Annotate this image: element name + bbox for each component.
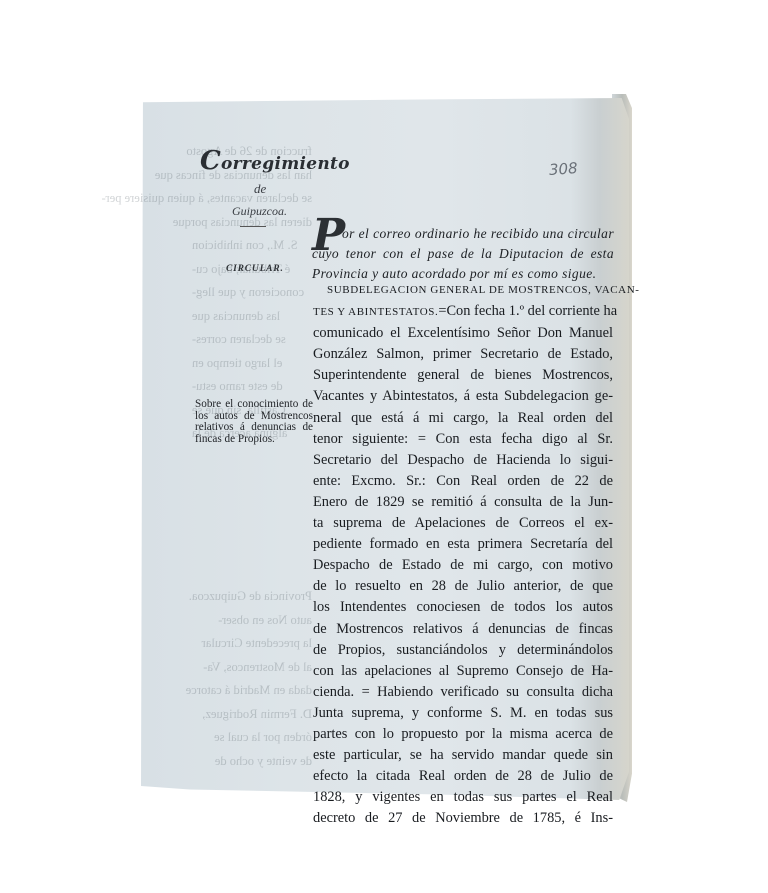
body-line: Superintendente general de bienes Mostre…: [313, 365, 613, 386]
heading-rule: [240, 226, 266, 227]
bleed-line: S. M., con inhibicion: [192, 234, 312, 258]
heading-rest: orregimiento: [221, 154, 350, 174]
bleed-line: de este ramo estu-: [192, 375, 312, 399]
body-line: Junta suprema, y conforme S. M. en todas…: [313, 703, 613, 724]
intro-paragraph: or el correo ordinario he recibido una c…: [342, 224, 614, 284]
bleed-line: Provincia de Guipuzcoa.: [182, 585, 312, 609]
body-line: TES Y ABINTESTATOS.=Con fecha 1.º del co…: [313, 301, 613, 323]
margin-note-text: Sobre el conocimiento de los autos de Mo…: [195, 398, 313, 445]
body-line: Secretario del Despacho de Hacienda lo s…: [313, 450, 613, 471]
smallcaps-run: TES Y ABINTESTATOS.: [313, 306, 438, 318]
handwritten-folio-number: 308: [548, 159, 578, 179]
body-line: de Mostrencos relativos á denuncias de f…: [313, 619, 613, 640]
body-line: tenor siguiente: = Con esta fecha digo a…: [313, 429, 613, 450]
heading-initial: C: [200, 146, 221, 176]
body-line-smallcaps: SUBDELEGACION GENERAL DE MOSTRENCOS, VAC…: [313, 280, 613, 301]
body-line: comunicado el Excelentísimo Señor Don Ma…: [313, 323, 613, 344]
bleed-line: D. Fermin Rodriguez,: [182, 703, 312, 727]
body-line: Enero de 1829 se remitió á consulta de l…: [313, 492, 613, 513]
body-line: 1828, y vigentes en todas sus partes el …: [313, 787, 613, 808]
body-line: efecto la citada Real orden de 28 de Jul…: [313, 766, 613, 787]
body-line: González Salmon, primer Secretario de Es…: [313, 344, 613, 365]
bleed-line: al de Mostrencos, Va-: [182, 656, 312, 680]
document-heading: Corregimiento: [200, 146, 350, 176]
bleed-line: conocieron y que lleg-: [192, 281, 312, 305]
bleed-line: se declaren corres-: [192, 328, 312, 352]
bleed-line: órden por la cual se: [182, 726, 312, 750]
heading-de: de: [254, 181, 266, 197]
body-line: de lo resuelto en 28 de Julio anterior, …: [313, 576, 613, 597]
body-run: =Con fecha 1.º del corriente ha: [438, 303, 617, 319]
body-line: con las apelaciones al Supremo Consejo d…: [313, 661, 613, 682]
body-line: neral que está á mi cargo, la Real orden…: [313, 408, 613, 429]
body-line: partes con lo propuesto por la misma ace…: [313, 724, 613, 745]
heading-place: Guipuzcoa.: [232, 204, 287, 219]
bleed-line: dada en Madrid á catorce: [182, 679, 312, 703]
body-line: Vacantes y Abintestatos, á esta Subdeleg…: [313, 386, 613, 407]
body-line: este particular, se ha servido mandar qu…: [313, 745, 613, 766]
body-line: de Propios, sustanciándolos y determinán…: [313, 640, 613, 661]
bleed-line: auto Nos en obser-: [182, 609, 312, 633]
intro-line: cuyo tenor con el pase de la Diputacion …: [312, 244, 614, 264]
body-line: pediente formado en esta primera Secreta…: [313, 534, 613, 555]
body-line: cienda. = Habiendo verificado su consult…: [313, 682, 613, 703]
body-line: los Intendentes conociesen de todos los …: [313, 597, 613, 618]
bleed-line: el largo tiempo en: [192, 352, 312, 376]
body-line: decreto de 27 de Noviembre de 1785, é In…: [313, 808, 613, 829]
body-line: Despacho de Estado de mi cargo, con moti…: [313, 555, 613, 576]
body-text: SUBDELEGACION GENERAL DE MOSTRENCOS, VAC…: [313, 280, 613, 829]
circular-label: CIRCULAR.: [226, 264, 284, 274]
bleed-through-text-bottom: Provincia de Guipuzcoa. auto Nos en obse…: [182, 585, 312, 773]
body-line: ta suprema de Apelaciones de Correos el …: [313, 513, 613, 534]
intro-line: or el correo ordinario he recibido una c…: [342, 224, 614, 244]
bleed-line: las denuncias que: [192, 305, 312, 329]
bleed-line: de veinte y ocho de: [182, 750, 312, 774]
bleed-line: la precedente Circular: [182, 632, 312, 656]
margin-summary-note: Sobre el conocimiento de los autos de Mo…: [195, 399, 313, 445]
body-line: ente: Excmo. Sr.: Con Real orden de 22 d…: [313, 471, 613, 492]
